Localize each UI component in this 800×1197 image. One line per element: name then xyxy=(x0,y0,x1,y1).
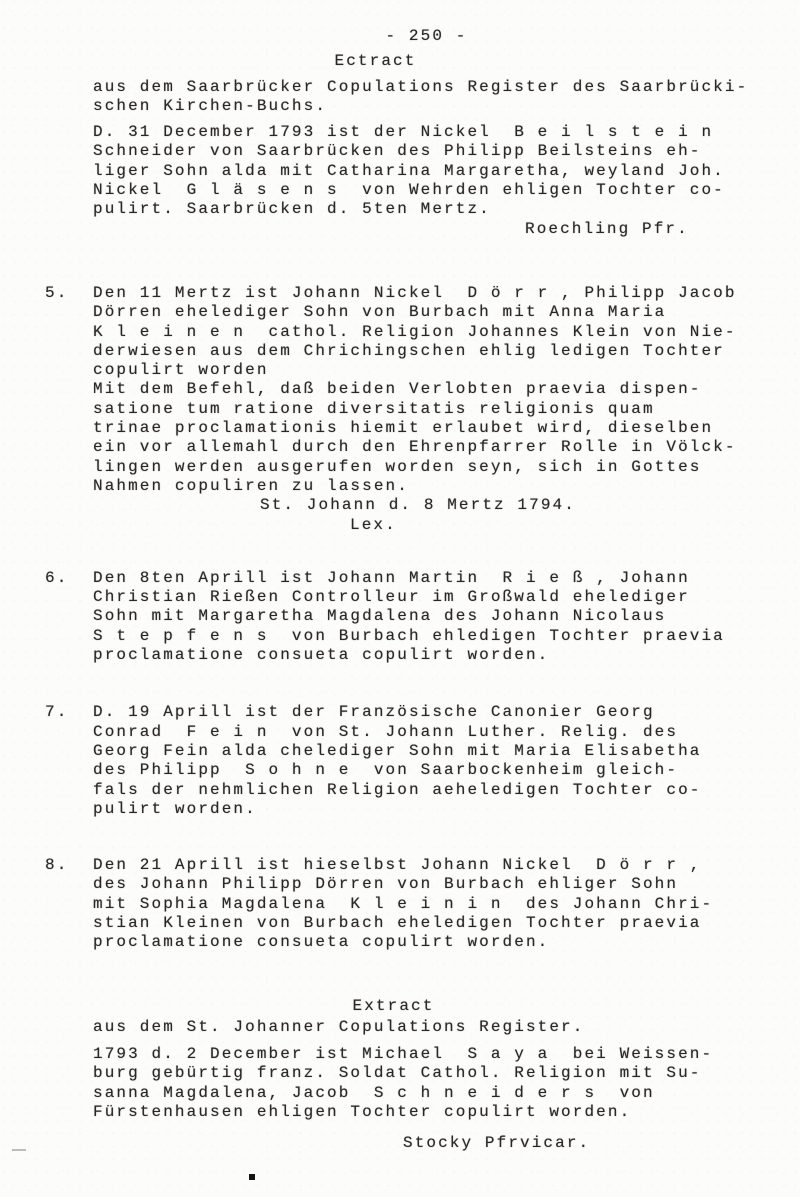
extract-heading-saarbruecken: Ectract xyxy=(42,52,709,71)
signature-stocky: Stocky Pfrvicar. xyxy=(93,1134,775,1153)
entry-6: 6. Den 8ten Aprill ist Johann Martin R i… xyxy=(45,569,775,665)
source-line: aus dem Saarbrücker Copulations Register… xyxy=(93,78,775,97)
scanned-document-page: - 250 - Ectract aus dem Saarbrücker Copu… xyxy=(0,0,800,1197)
extract-heading-st-johann: Extract xyxy=(60,997,727,1016)
entry-line: Den 8ten Aprill ist Johann Martin R i e … xyxy=(93,569,775,588)
record-line: pulirt. Saarbrücken d. 5ten Mertz. xyxy=(93,200,775,219)
record-paragraph-beilstein: D. 31 December 1793 ist der Nickel B e i… xyxy=(93,123,775,239)
dateline-st-johann: St. Johann d. 8 Mertz 1794. xyxy=(93,496,775,515)
entry-line: stian Kleinen von Burbach eheledigen Toc… xyxy=(93,914,775,933)
record-line: liger Sohn alda mit Catharina Margaretha… xyxy=(93,162,775,181)
entry-line: satione tum ratione diversitatis religio… xyxy=(93,400,775,419)
scan-speck xyxy=(249,1174,255,1180)
entry-line: Den 11 Mertz ist Johann Nickel D ö r r ,… xyxy=(93,284,775,303)
record-line: D. 31 December 1793 ist der Nickel B e i… xyxy=(93,123,775,142)
entry-line: Georg Fein alda chelediger Sohn mit Mari… xyxy=(93,742,775,761)
entry-number: 8. xyxy=(45,856,93,952)
entry-line: Dörren ehelediger Sohn von Burbach mit A… xyxy=(93,303,775,322)
entry-line: Mit dem Befehl, daß beiden Verlobten pra… xyxy=(93,380,775,399)
entry-line: fals der nehmlichen Religion aeheledigen… xyxy=(93,781,775,800)
record-line: Schneider von Saarbrücken des Philipp Be… xyxy=(93,142,775,161)
scan-speck xyxy=(12,1149,26,1151)
entry-line: trinae proclamationis hiemit erlaubet wi… xyxy=(93,419,775,438)
source-line: schen Kirchen-Buchs. xyxy=(93,97,775,116)
entry-line: proclamatione consueta copulirt worden. xyxy=(93,933,775,952)
entry-line: proclamatione consueta copulirt worden. xyxy=(93,646,775,665)
record-paragraph-saya: 1793 d. 2 December ist Michael S a y a b… xyxy=(93,1045,775,1122)
entry-line: D. 19 Aprill ist der Französische Canoni… xyxy=(93,703,775,722)
entry-line: Sohn mit Margaretha Magdalena des Johann… xyxy=(93,607,775,626)
signature-lex: Lex. xyxy=(93,516,775,535)
entry-line: des Johann Philipp Dörren von Burbach eh… xyxy=(93,875,775,894)
record-line: 1793 d. 2 December ist Michael S a y a b… xyxy=(93,1045,775,1064)
entry-line: des Philipp S o h n e von Saarbockenheim… xyxy=(93,761,775,780)
signature-roechling: Roechling Pfr. xyxy=(93,220,775,239)
entry-line: Nahmen copuliren zu lassen. xyxy=(93,477,775,496)
page-number: - 250 - xyxy=(93,27,760,46)
entry-line: derwiesen aus dem Chrichingschen ehlig l… xyxy=(93,342,775,361)
entry-number: 5. xyxy=(45,284,93,535)
entry-line: copulirt worden xyxy=(93,361,775,380)
entry-line: Conrad F e i n von St. Johann Luther. Re… xyxy=(93,723,775,742)
extract-source-st-johann: aus dem St. Johanner Copulations Registe… xyxy=(93,1018,775,1037)
source-line: aus dem St. Johanner Copulations Registe… xyxy=(93,1018,775,1037)
entry-line: lingen werden ausgerufen worden seyn, si… xyxy=(93,458,775,477)
entry-line: K l e i n e n cathol. Religion Johannes … xyxy=(93,323,775,342)
entry-line: S t e p f e n s von Burbach ehledigen To… xyxy=(93,627,775,646)
record-line: Nickel G l ä s e n s von Wehrden ehligen… xyxy=(93,181,775,200)
record-line: sanna Magdalena, Jacob S c h n e i d e r… xyxy=(93,1084,775,1103)
entry-5: 5. Den 11 Mertz ist Johann Nickel D ö r … xyxy=(45,284,775,535)
record-line: burg gebürtig franz. Soldat Cathol. Reli… xyxy=(93,1064,775,1083)
entry-number: 7. xyxy=(45,703,93,819)
extract-source-saarbruecken: aus dem Saarbrücker Copulations Register… xyxy=(93,78,775,117)
entry-line: Den 21 Aprill ist hieselbst Johann Nicke… xyxy=(93,856,775,875)
entry-line: pulirt worden. xyxy=(93,800,775,819)
entry-line: Christian Rießen Controlleur im Großwald… xyxy=(93,588,775,607)
entry-8: 8. Den 21 Aprill ist hieselbst Johann Ni… xyxy=(45,856,775,952)
entry-7: 7. D. 19 Aprill ist der Französische Can… xyxy=(45,703,775,819)
entry-number: 6. xyxy=(45,569,93,665)
entry-line: ein vor allemahl durch den Ehrenpfarrer … xyxy=(93,438,775,457)
entry-line: mit Sophia Magdalena K l e i n i n des J… xyxy=(93,895,775,914)
record-line: Fürstenhausen ehligen Tochter copulirt w… xyxy=(93,1103,775,1122)
document-body: - 250 - Ectract aus dem Saarbrücker Copu… xyxy=(45,27,775,1154)
